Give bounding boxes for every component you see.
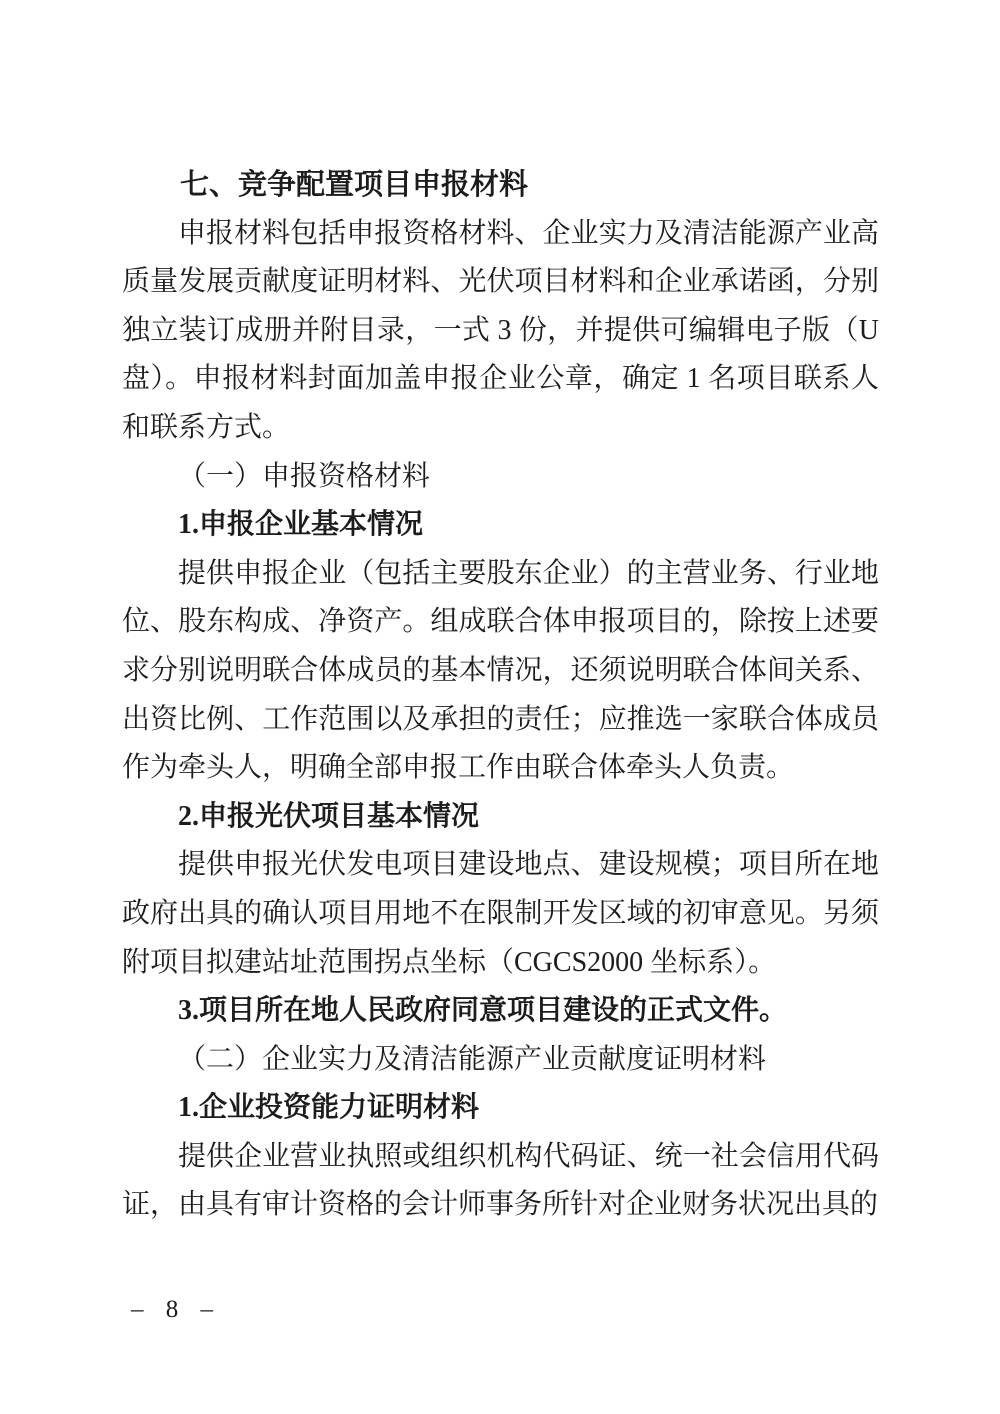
page-number: – 8 – xyxy=(131,1290,221,1330)
section-title: 七、竞争配置项目申报材料 xyxy=(122,161,879,210)
subsection-heading-1: （一）申报资格材料 xyxy=(122,453,879,502)
paragraph: 申报材料包括申报资格材料、企业实力及清洁能源产业高质量发展贡献度证明材料、光伏项… xyxy=(122,210,879,453)
subsection-heading-2: （二）企业实力及清洁能源产业贡献度证明材料 xyxy=(122,1036,879,1085)
paragraph: 提供申报企业（包括主要股东企业）的主营业务、行业地位、股东构成、净资产。组成联合… xyxy=(122,550,879,793)
numbered-heading: 3.项目所在地人民政府同意项目建设的正式文件。 xyxy=(122,987,879,1036)
paragraph: 提供企业营业执照或组织机构代码证、统一社会信用代码证，由具有审计资格的会计师事务… xyxy=(122,1133,879,1230)
numbered-heading: 1.申报企业基本情况 xyxy=(122,501,879,550)
document-body: 七、竞争配置项目申报材料 申报材料包括申报资格材料、企业实力及清洁能源产业高质量… xyxy=(122,161,879,1230)
numbered-heading: 2.申报光伏项目基本情况 xyxy=(122,793,879,842)
numbered-heading: 1.企业投资能力证明材料 xyxy=(122,1084,879,1133)
document-page: 七、竞争配置项目申报材料 申报材料包括申报资格材料、企业实力及清洁能源产业高质量… xyxy=(0,0,1000,1414)
paragraph: 提供申报光伏发电项目建设地点、建设规模；项目所在地政府出具的确认项目用地不在限制… xyxy=(122,841,879,987)
